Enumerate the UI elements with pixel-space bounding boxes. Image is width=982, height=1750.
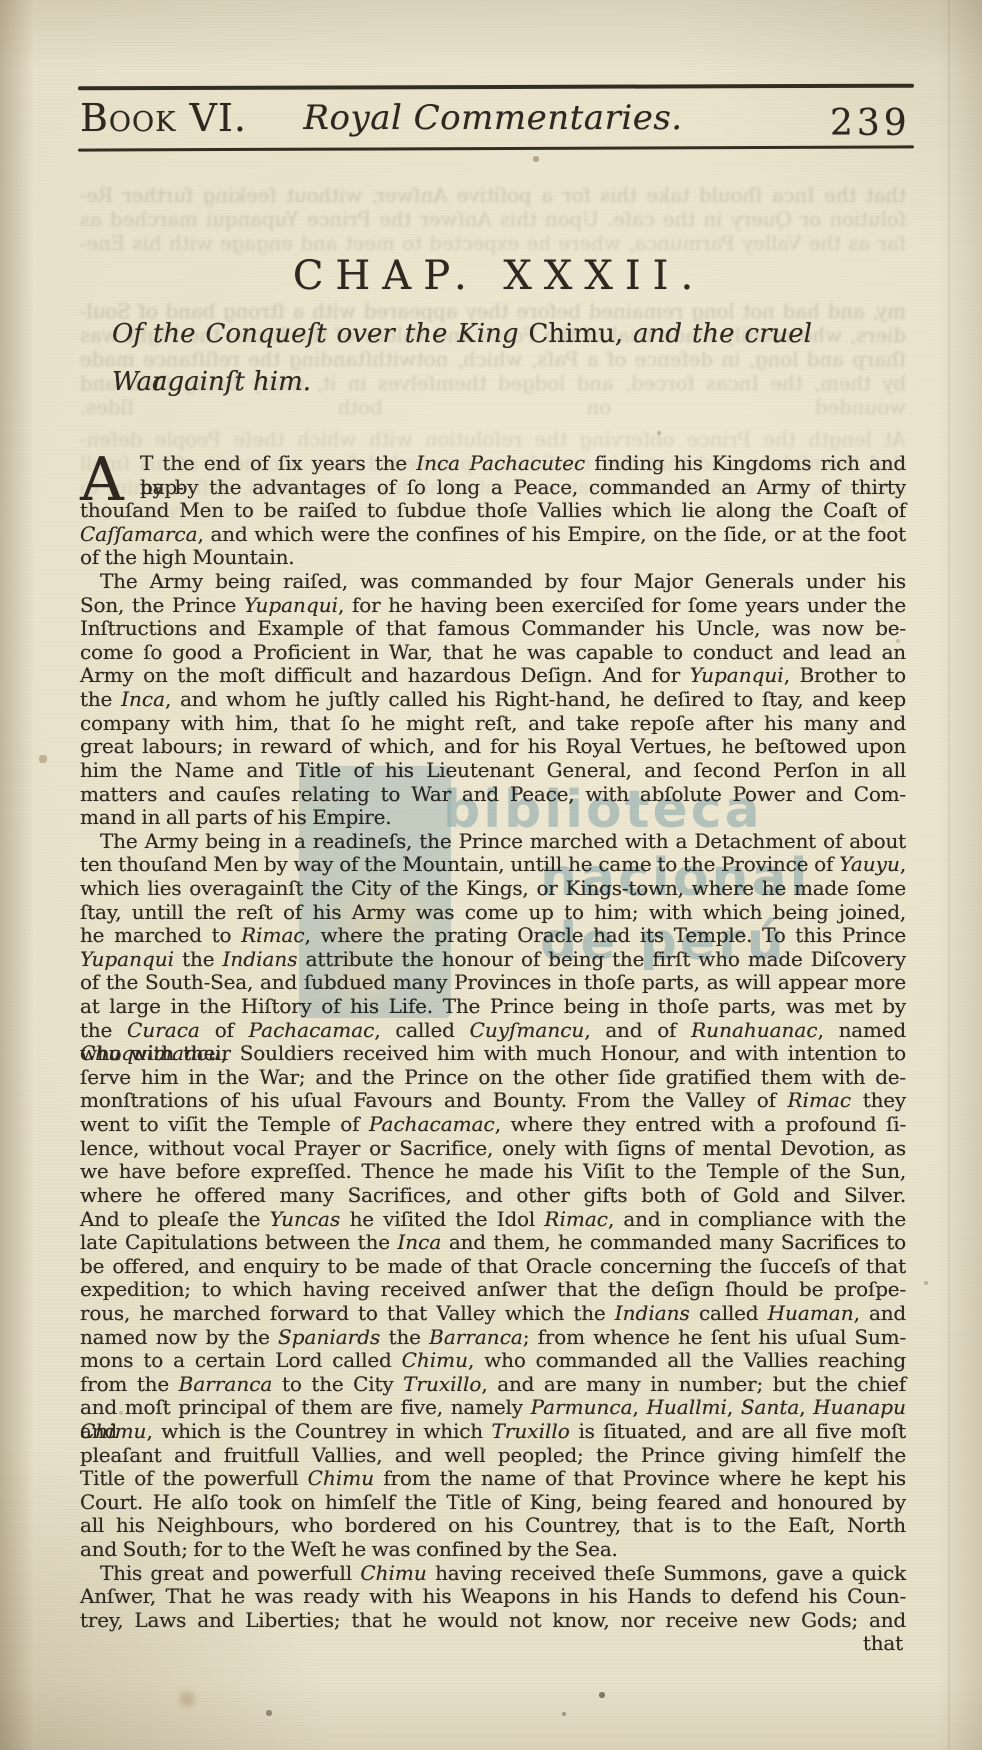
roman-text: named now by the: [80, 1325, 278, 1349]
italic-text: Curaca: [127, 1018, 200, 1042]
italic-text: Yupanqui: [690, 663, 784, 687]
roman-text: , and are many in number; but the chief: [481, 1372, 906, 1396]
italic-text: Indians: [615, 1301, 690, 1325]
italic-text: Barranca: [179, 1372, 273, 1396]
roman-text: , Brother to: [784, 663, 906, 687]
roman-text: matters and cauſes relating to War and P…: [80, 782, 906, 806]
italic-text: Yauyu: [839, 852, 900, 876]
body-line: rous, he marched forward to that Valley …: [80, 1302, 906, 1326]
italic-text: Huaman: [768, 1301, 854, 1325]
body-line: This great and powerfull Chimu having re…: [80, 1562, 906, 1586]
roman-text: company with him, that ſo he might reſt,…: [80, 711, 906, 735]
italic-text: Rimac: [544, 1207, 608, 1231]
italic-text: Caſſamarca: [80, 522, 198, 546]
body-line: The Army being in a readineſs, the Princ…: [80, 830, 906, 854]
body-line: him the Name and Title of his Lieutenant…: [80, 759, 906, 783]
roman-text: is ſituated, and are all five moſt: [570, 1419, 906, 1443]
roman-text: of the South-Sea, and ſubdued many Provi…: [80, 970, 906, 994]
italic-text: Inca: [121, 687, 165, 711]
body-line: named now by the Spaniards the Barranca;…: [80, 1326, 906, 1350]
body-line: trey, Laws and Liberties; that he would …: [80, 1609, 906, 1633]
roman-text: him the Name and Title of his Lieutenant…: [80, 758, 906, 782]
roman-text: , and which were the confines of his Emp…: [198, 522, 906, 546]
body-line: and moſt principal of them are five, nam…: [80, 1396, 906, 1420]
body-line: Court. He alſo took on himſelf the Title…: [80, 1491, 906, 1515]
catchword: that: [80, 1632, 906, 1656]
roman-text: come ſo good a Proficient in War, that h…: [80, 640, 906, 664]
roman-text: lence, without vocal Prayer or Sacrifice…: [80, 1136, 906, 1160]
roman-text: who with their Souldiers received him wi…: [80, 1041, 906, 1065]
roman-text: ,: [727, 1395, 741, 1419]
roman-text: and South; for to the Weſt he was confin…: [80, 1537, 618, 1561]
roman-text: he viſited the Idol: [340, 1207, 544, 1231]
roman-text: having received theſe Summons, gave a qu…: [427, 1561, 906, 1585]
roman-text: and them, he commanded many Sacrifices t…: [441, 1230, 906, 1254]
body-line: The Army being raiſed, was commanded by …: [80, 570, 906, 594]
body-line: we have before expreſſed. Thence he made…: [80, 1160, 906, 1184]
roman-text: went to viſit the Temple of: [80, 1112, 369, 1136]
body-line: And to pleaſe the Yuncas he viſited the …: [80, 1208, 906, 1232]
body-line: of the high Mountain.: [80, 546, 906, 570]
roman-text: ſerve him in the War; and the Prince on …: [80, 1065, 906, 1089]
body-line: the Inca, and whom he juſtly called his …: [80, 688, 906, 712]
paragraph: AT the end of ſix years the Inca Pachacu…: [80, 452, 906, 570]
body-line: be offered, and enquiry to be made of th…: [80, 1255, 906, 1279]
roman-text: the: [80, 687, 121, 711]
roman-text: , who commanded all the Vallies reaching: [468, 1348, 906, 1372]
body-line: the Curaca of Pachacamac, called Cuyſman…: [80, 1019, 906, 1043]
roman-text: late Capitulations between the: [80, 1230, 397, 1254]
roman-text: the: [380, 1325, 429, 1349]
italic-text: Parmunca: [531, 1395, 633, 1419]
roman-text: be offered, and enquiry to be made of th…: [80, 1254, 906, 1278]
italic-text: Yupanqui: [80, 947, 174, 971]
body-line: of the South-Sea, and ſubdued many Provi…: [80, 971, 906, 995]
roman-text: rous, he marched forward to that Valley …: [80, 1301, 615, 1325]
italic-text: Spaniards: [278, 1325, 380, 1349]
body-line: Army on the moſt difficult and hazardous…: [80, 664, 906, 688]
roman-text: The Army being raiſed, was commanded by …: [100, 569, 906, 593]
roman-text: And to pleaſe the: [80, 1207, 270, 1231]
body-line: who with their Souldiers received him wi…: [80, 1042, 906, 1066]
italic-text: Yupanqui: [244, 593, 338, 617]
page-number: 239: [830, 103, 911, 144]
italic-text: Inca Pachacutec: [416, 451, 585, 475]
roman-text: and moſt principal of them are five, nam…: [80, 1395, 531, 1419]
roman-text: which lies overagainſt the City of the K…: [80, 876, 906, 900]
italic-text: Barranca: [429, 1325, 523, 1349]
roman-text: The Army being in a readineſs, the Princ…: [100, 829, 906, 853]
italic-text: Runahuanac: [691, 1018, 817, 1042]
roman-text: This great and powerfull: [100, 1561, 360, 1585]
body-line: thouſand Men to be raiſed to ſubdue thoſ…: [80, 499, 906, 523]
body-line: all his Neighbours, who bordered on his …: [80, 1514, 906, 1538]
roman-text: mons to a certain Lord called: [80, 1348, 402, 1372]
body-line: company with him, that ſo he might reſt,…: [80, 712, 906, 736]
body-line: at large in the Hiſtory of his Life. The…: [80, 995, 906, 1019]
roman-text: pleaſant and fruitfull Vallies, and well…: [80, 1443, 906, 1467]
italic-text: Chimu: [360, 1561, 426, 1585]
roman-text: of: [200, 1018, 249, 1042]
page-edge-shadow: [948, 0, 950, 1750]
body-line: Caſſamarca, and which were the confines …: [80, 523, 906, 547]
roman-text: , named: [818, 1018, 906, 1042]
italic-text: Rimac: [241, 923, 305, 947]
roman-text: , for he having been exerciſed for ſome …: [338, 593, 906, 617]
italic-text: Pachacamac: [249, 1018, 375, 1042]
roman-text: Son, the Prince: [80, 593, 244, 617]
body-line: ten thouſand Men by way of the Mountain,…: [80, 853, 906, 877]
body-line: py by the advantages of ſo long a Peace,…: [80, 476, 906, 500]
body-line: he marched to Rimac, where the prating O…: [80, 924, 906, 948]
roman-text: trey, Laws and Liberties; that he would …: [80, 1608, 906, 1632]
roman-text: where he offered many Sacrifices, and ot…: [80, 1183, 906, 1207]
italic-text: Cuyſmancu: [470, 1018, 585, 1042]
roman-text: mand in all parts of his Empire.: [80, 805, 391, 829]
roman-text: great labours; in reward of which, and f…: [80, 734, 906, 758]
body-line: monſtrations of his uſual Favours and Bo…: [80, 1089, 906, 1113]
running-title: Royal Commentaries.: [80, 98, 906, 138]
bleedthrough-line: ſolution or Query in the caſe. Upon this…: [80, 208, 906, 231]
body-line: where he offered many Sacrifices, and ot…: [80, 1184, 906, 1208]
roman-text: ſtay, untill the reſt of his Army was co…: [80, 900, 906, 924]
roman-text: from the name of that Province where he …: [374, 1466, 906, 1490]
italic-text: Rimac: [788, 1088, 852, 1112]
italic-text: Indians: [222, 947, 297, 971]
body-line: Son, the Prince Yupanqui, for he having …: [80, 594, 906, 618]
roman-text: at large in the Hiſtory of his Life. The…: [80, 994, 906, 1018]
body-line: Anſwer, That he was ready with his Weapo…: [80, 1585, 906, 1609]
roman-text: , where the prating Oracle had its Templ…: [305, 923, 906, 947]
body-line: mand in all parts of his Empire.: [80, 806, 906, 830]
italic-text: Santa: [741, 1395, 799, 1419]
body-line: late Capitulations between the Inca and …: [80, 1231, 906, 1255]
body-line: Title of the powerfull Chimu from the na…: [80, 1467, 906, 1491]
roman-text: monſtrations of his uſual Favours and Bo…: [80, 1088, 788, 1112]
italic-text: Huanapu: [813, 1395, 906, 1419]
italic-text: Huallmi: [646, 1395, 726, 1419]
body-line: from the Barranca to the City Truxillo, …: [80, 1373, 906, 1397]
body-line: which lies overagainſt the City of the K…: [80, 877, 906, 901]
roman-text: from the: [80, 1372, 179, 1396]
body-line: expedition; to which having received anſ…: [80, 1278, 906, 1302]
roman-text: the: [80, 1018, 127, 1042]
italic-text: Yuncas: [270, 1207, 341, 1231]
roman-text: attribute the honour of being the firſt …: [298, 947, 906, 971]
italic-text: Chimu: [402, 1348, 468, 1372]
chapter-subtitle: Of the Conqueſt over the King Chimu, and…: [112, 310, 812, 406]
roman-text: we have before expreſſed. Thence he made…: [80, 1159, 906, 1183]
header-rule-bottom: [78, 145, 914, 151]
roman-text: called: [690, 1301, 768, 1325]
roman-text: Title of the powerfull: [80, 1466, 308, 1490]
roman-text: , and: [854, 1301, 906, 1325]
body-line: come ſo good a Proficient in War, that h…: [80, 641, 906, 665]
roman-text: py by the advantages of ſo long a Peace,…: [140, 475, 906, 499]
body-line: and South; for to the Weſt he was confin…: [80, 1538, 906, 1562]
body-line: great labours; in reward of which, and f…: [80, 735, 906, 759]
roman-text: , and of: [584, 1018, 691, 1042]
roman-text: Anſwer, That he was ready with his Weapo…: [80, 1584, 906, 1608]
body-line: Chimu, which is the Countrey in which Tr…: [80, 1420, 906, 1444]
bleedthrough-line: far as the Valley Parmunca, where he exp…: [80, 232, 906, 255]
paragraph: This great and powerfull Chimu having re…: [80, 1562, 906, 1633]
roman-text: he marched to: [80, 923, 241, 947]
roman-text: , which is the Countrey in which: [146, 1419, 491, 1443]
body-line: pleaſant and fruitfull Vallies, and well…: [80, 1444, 906, 1468]
roman-text: , and whom he juſtly called his Right-ha…: [165, 687, 906, 711]
paragraph: The Army being raiſed, was commanded by …: [80, 570, 906, 830]
body-line: ſerve him in the War; and the Prince on …: [80, 1066, 906, 1090]
roman-text: Inſtructions and Example of that famous …: [80, 616, 906, 640]
roman-text: to the City: [272, 1372, 403, 1396]
body-line: lence, without vocal Prayer or Sacrifice…: [80, 1137, 906, 1161]
header-rule-top: [78, 84, 914, 91]
roman-text: Court. He alſo took on himſelf the Title…: [80, 1490, 906, 1514]
chapter-heading: CHAP. XXXII.: [80, 253, 906, 299]
roman-text: thouſand Men to be raiſed to ſubdue thoſ…: [80, 498, 906, 522]
roman-text: Chimu,: [528, 319, 623, 349]
bleedthrough-line: that the Inca ſhould take this for a poſ…: [80, 184, 906, 207]
italic-text: Chimu: [80, 1419, 146, 1443]
roman-text: ,: [633, 1395, 647, 1419]
roman-text: ; from whence he ſent his uſual Sum-: [523, 1325, 906, 1349]
roman-text: , and in compliance with the: [608, 1207, 906, 1231]
italic-text: Inca: [397, 1230, 441, 1254]
italic-text: Chimu: [308, 1466, 374, 1490]
italic-text: Of the Conqueſt over the King: [112, 319, 528, 349]
italic-text: againſt him.: [152, 367, 311, 397]
book-page-scan: that the Inca ſhould take this for a poſ…: [0, 0, 982, 1750]
italic-text: Truxillo: [492, 1419, 570, 1443]
body-line: T the end of ſix years the Inca Pachacut…: [80, 452, 906, 476]
drop-cap: A: [80, 450, 123, 510]
italic-text: Truxillo: [403, 1372, 481, 1396]
body-line: mons to a certain Lord called Chimu, who…: [80, 1349, 906, 1373]
roman-text: ,: [799, 1395, 813, 1419]
body-line: went to viſit the Temple of Pachacamac, …: [80, 1113, 906, 1137]
body-line: ſtay, untill the reſt of his Army was co…: [80, 901, 906, 925]
roman-text: expedition; to which having received anſ…: [80, 1277, 906, 1301]
bleedthrough-line: At length the Prince obſerving the reſol…: [80, 428, 906, 451]
roman-text: the: [174, 947, 222, 971]
roman-text: all his Neighbours, who bordered on his …: [80, 1513, 906, 1537]
roman-text: Army on the moſt difficult and hazardous…: [80, 663, 690, 687]
roman-text: of the high Mountain.: [80, 545, 294, 569]
paragraph: The Army being in a readineſs, the Princ…: [80, 830, 906, 1562]
body-line: Inſtructions and Example of that famous …: [80, 617, 906, 641]
roman-text: , where they entred with a profound ſi-: [495, 1112, 906, 1136]
roman-text: ,: [900, 852, 906, 876]
subtitle-line: againſt him.: [112, 358, 812, 406]
body-line: matters and cauſes relating to War and P…: [80, 783, 906, 807]
foxing-spots: [0, 0, 2, 2]
roman-text: T the end of ſix years the: [140, 451, 416, 475]
subtitle-line: Of the Conqueſt over the King Chimu, and…: [112, 310, 812, 358]
body-line: Yupanqui the Indians attribute the honou…: [80, 948, 906, 972]
italic-text: Pachacamac: [369, 1112, 495, 1136]
roman-text: they: [851, 1088, 906, 1112]
roman-text: , called: [374, 1018, 469, 1042]
roman-text: ten thouſand Men by way of the Mountain,…: [80, 852, 839, 876]
body-text: AT the end of ſix years the Inca Pachacu…: [80, 452, 906, 1656]
